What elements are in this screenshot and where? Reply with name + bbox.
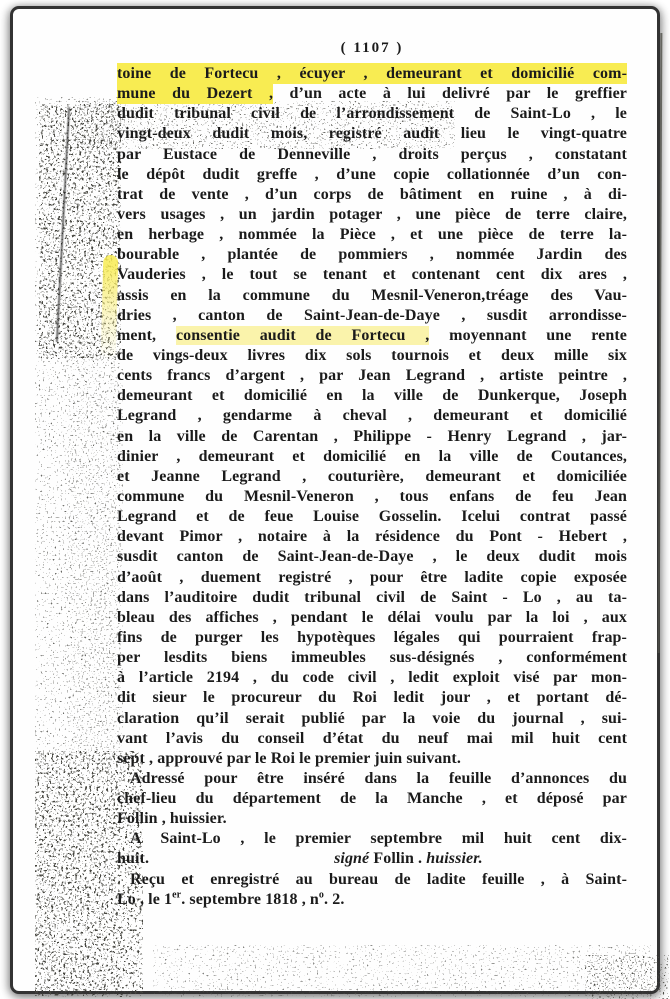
document-line: susdit canton de Saint-Jean-de-Daye , le… bbox=[117, 547, 627, 567]
document-line: par Eustace de Denneville , droits perçu… bbox=[117, 145, 627, 165]
text-segment: per lesdits biens immeubles sus-désignés… bbox=[117, 649, 627, 666]
text-segment: vers usages , un jardin potager , une pi… bbox=[117, 206, 627, 223]
document-line: dudit tribunal civil de l’arrondissement… bbox=[117, 104, 627, 124]
document-line: en la ville de Carentan , Philippe - Hen… bbox=[117, 427, 627, 447]
document-line: dit sieur le procureur du Roi ledit jour… bbox=[117, 688, 627, 708]
text-block: toine de Fortecu , écuyer , demeurant et… bbox=[117, 64, 627, 910]
text-segment: dudit tribunal civil de l’arrondissement… bbox=[117, 105, 627, 122]
document-line: fins de purger les hypotèques légales qu… bbox=[117, 628, 627, 648]
document-line: Follin , huissier. bbox=[117, 809, 627, 829]
document-line: per lesdits biens immeubles sus-désignés… bbox=[117, 648, 627, 668]
document-line: d’août , duement registré , pour être la… bbox=[117, 568, 627, 588]
document-line: vingt-deux dudit mois, registré audit li… bbox=[117, 124, 627, 144]
text-segment: et Jeanne Legrand , couturière, demeuran… bbox=[117, 468, 627, 485]
document-line: claration qu’il serait publié par la voi… bbox=[117, 709, 627, 729]
text-segment: susdit canton de Saint-Jean-de-Daye , le… bbox=[117, 548, 627, 565]
document-line: Lo , le 1er. septembre 1818 , no. 2. bbox=[117, 890, 627, 910]
scan-noise-left-middle bbox=[68, 339, 123, 769]
text-segment: fins de purger les hypotèques légales qu… bbox=[117, 629, 627, 646]
document-line: et Jeanne Legrand , couturière, demeuran… bbox=[117, 467, 627, 487]
document-line: cents francs d’argent , par Jean Legrand… bbox=[117, 366, 627, 386]
text-segment: par Eustace de Denneville , droits perçu… bbox=[117, 146, 627, 163]
text-segment: . 2. bbox=[324, 891, 344, 908]
text-segment: dit sieur le procureur du Roi ledit jour… bbox=[117, 689, 627, 706]
text-segment: cents francs d’argent , par Jean Legrand… bbox=[117, 367, 627, 384]
text-segment: Reçu et enregistré au bureau de ladite f… bbox=[130, 871, 627, 888]
document-line: le dépôt dudit greffe , d’une copie coll… bbox=[117, 165, 627, 185]
text-segment: signé bbox=[334, 850, 369, 867]
scan-edge-line-right bbox=[658, 33, 662, 653]
highlighted-text: mune du Dezert , bbox=[117, 85, 273, 102]
text-segment: sept , approuvé par le Roi le premier ju… bbox=[117, 750, 461, 767]
text-segment: d’un acte à lui delivré par le greffier bbox=[273, 85, 627, 102]
document-line: mune du Dezert , d’un acte à lui delivré… bbox=[117, 84, 627, 104]
text-segment: A Saint-Lo , le premier septembre mil hu… bbox=[130, 830, 627, 847]
text-segment: chef-lieu du département de la Manche , … bbox=[117, 790, 627, 807]
document-line: chef-lieu du département de la Manche , … bbox=[117, 789, 627, 809]
document-line: vers usages , un jardin potager , une pi… bbox=[117, 205, 627, 225]
text-segment: huissier. bbox=[426, 850, 483, 867]
page-number: ( 1107 ) bbox=[117, 40, 627, 57]
scan-noise-bottom-right bbox=[585, 955, 669, 999]
document-line: vant l’avis du conseil d’état du neuf ma… bbox=[117, 729, 627, 749]
text-segment: bourable , plantée de pommiers , nommée … bbox=[117, 246, 627, 263]
document-line: en herbage , nommée la Pièce , et une pi… bbox=[117, 225, 627, 245]
document-line: Reçu et enregistré au bureau de ladite f… bbox=[117, 870, 627, 890]
document-line: à l’article 2194 , du code civil , ledit… bbox=[117, 668, 627, 688]
scanned-document-image: ( 1107 ) toine de Fortecu , écuyer , dem… bbox=[0, 0, 670, 999]
text-segment: assis en la commune du Mesnil-Veneron,tr… bbox=[117, 287, 627, 304]
text-segment: d’août , duement registré , pour être la… bbox=[117, 569, 627, 586]
document-line: devant Pimor , notaire à la résidence du… bbox=[117, 527, 627, 547]
text-segment: demeurant et domicilié en la ville de Du… bbox=[117, 387, 627, 404]
document-line: commune du Mesnil-Veneron , tous enfans … bbox=[117, 487, 627, 507]
document-line: Legrand et de feue Louise Gosselin. Icel… bbox=[117, 507, 627, 527]
document-line: dinier , demeurant et domicilié en la vi… bbox=[117, 447, 627, 467]
text-segment: le dépôt dudit greffe , d’une copie coll… bbox=[117, 166, 627, 183]
text-segment: ment, bbox=[117, 327, 176, 344]
scan-noise-bottom-strip bbox=[153, 945, 651, 997]
document-line: Vauderies , le tout se tenant et contena… bbox=[117, 265, 627, 285]
document-line: bleau des affiches , pendant le délai vo… bbox=[117, 608, 627, 628]
line-spacer bbox=[149, 862, 334, 863]
text-segment: Legrand et de feue Louise Gosselin. Icel… bbox=[117, 508, 627, 525]
text-segment: Vauderies , le tout se tenant et contena… bbox=[117, 266, 627, 283]
document-line: Legrand , gendarme à cheval , demeurant … bbox=[117, 406, 627, 426]
text-segment: er bbox=[172, 889, 181, 900]
page-sheet: ( 1107 ) toine de Fortecu , écuyer , dem… bbox=[10, 6, 660, 994]
text-segment: Lo , le 1 bbox=[117, 891, 172, 908]
text-segment: Follin , huissier. bbox=[117, 810, 227, 827]
document-line: trat de vente , d’un corps de bâtiment e… bbox=[117, 185, 627, 205]
document-line: Adressé pour être inséré dans la feuille… bbox=[117, 769, 627, 789]
text-segment: commune du Mesnil-Veneron , tous enfans … bbox=[117, 488, 627, 505]
highlighted-text: consentie audit de Fortecu , bbox=[176, 327, 429, 344]
text-segment: vingt-deux dudit mois, registré audit li… bbox=[117, 125, 627, 142]
document-line: toine de Fortecu , écuyer , demeurant et… bbox=[117, 64, 627, 84]
text-segment: en herbage , nommée la Pièce , et une pi… bbox=[117, 226, 627, 243]
scan-noise-left-band bbox=[35, 97, 121, 995]
text-segment: Adressé pour être inséré dans la feuille… bbox=[130, 770, 627, 787]
document-line: de vings-deux livres dix sols tournois e… bbox=[117, 346, 627, 366]
text-segment: huit. bbox=[117, 850, 149, 867]
text-segment: Legrand , gendarme à cheval , demeurant … bbox=[117, 407, 627, 424]
text-segment: claration qu’il serait publié par la voi… bbox=[117, 710, 627, 727]
highlighted-text: toine de Fortecu , écuyer , demeurant et… bbox=[117, 65, 627, 82]
text-segment: Follin . bbox=[369, 850, 426, 867]
text-segment: devant Pimor , notaire à la résidence du… bbox=[117, 528, 627, 545]
document-line: ment, consentie audit de Fortecu , moyen… bbox=[117, 326, 627, 346]
document-line: bourable , plantée de pommiers , nommée … bbox=[117, 245, 627, 265]
document-line: A Saint-Lo , le premier septembre mil hu… bbox=[117, 829, 627, 849]
document-line: huit.signé Follin . huissier. bbox=[117, 849, 627, 869]
document-line: assis en la commune du Mesnil-Veneron,tr… bbox=[117, 286, 627, 306]
text-segment: moyennant une rente bbox=[429, 327, 627, 344]
text-segment: à l’article 2194 , du code civil , ledit… bbox=[117, 669, 627, 686]
text-segment: en la ville de Carentan , Philippe - Hen… bbox=[117, 428, 627, 445]
document-line: dans l’auditoire dudit tribunal civil de… bbox=[117, 588, 627, 608]
document-line: demeurant et domicilié en la ville de Du… bbox=[117, 386, 627, 406]
text-segment: trat de vente , d’un corps de bâtiment e… bbox=[117, 186, 627, 203]
text-segment: dinier , demeurant et domicilié en la vi… bbox=[117, 448, 627, 465]
text-segment: . septembre 1818 , n bbox=[181, 891, 319, 908]
text-segment: dries , canton de Saint-Jean-de-Daye , s… bbox=[117, 307, 627, 324]
text-segment: vant l’avis du conseil d’état du neuf ma… bbox=[117, 730, 627, 747]
document-line: sept , approuvé par le Roi le premier ju… bbox=[117, 749, 627, 769]
text-segment: dans l’auditoire dudit tribunal civil de… bbox=[117, 589, 627, 606]
margin-highlighter-stroke bbox=[101, 255, 119, 359]
scan-crease-line-left bbox=[56, 107, 70, 342]
text-segment: bleau des affiches , pendant le délai vo… bbox=[117, 609, 627, 626]
document-line: dries , canton de Saint-Jean-de-Daye , s… bbox=[117, 306, 627, 326]
text-segment: de vings-deux livres dix sols tournois e… bbox=[117, 347, 627, 364]
